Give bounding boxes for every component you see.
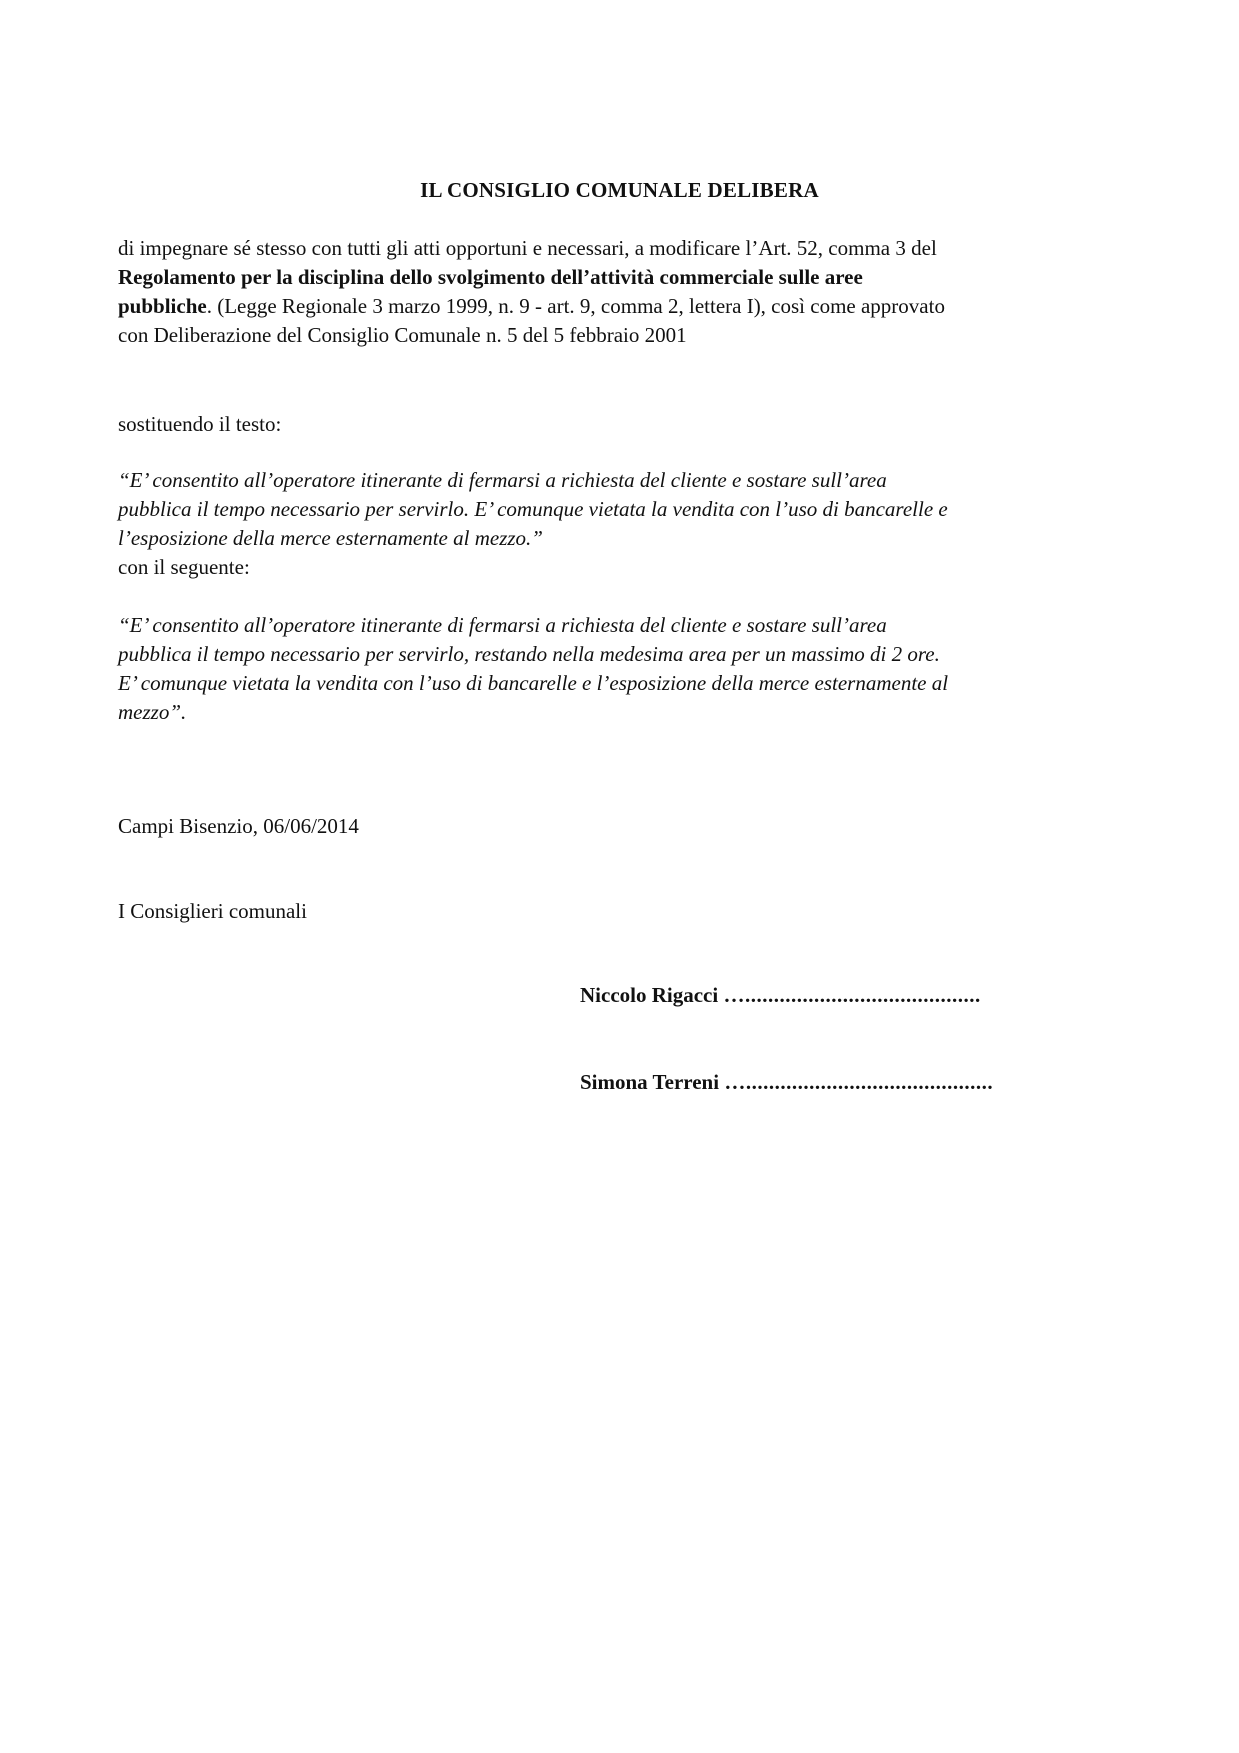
new-text-quote: “E’ consentito all’operatore itinerante … (118, 611, 1128, 727)
intro-paragraph: di impegnare sé stesso con tutti gli att… (118, 234, 1128, 350)
with-label: con il seguente: (118, 553, 1128, 582)
replace-label: sostituendo il testo: (118, 410, 1128, 439)
intro-line: pubbliche. (Legge Regionale 3 marzo 1999… (118, 292, 1128, 321)
quote-line: pubblica il tempo necessario per servirl… (118, 640, 1128, 669)
document-title: IL CONSIGLIO COMUNALE DELIBERA (0, 178, 1239, 203)
place-date: Campi Bisenzio, 06/06/2014 (118, 812, 1128, 841)
deliberation-reference: con Deliberazione del Consiglio Comunale… (118, 321, 1128, 350)
signature-line: Niccolo Rigacci ….......................… (580, 983, 981, 1008)
regulation-title: Regolamento per la disciplina dello svol… (118, 263, 1128, 292)
quote-line: pubblica il tempo necessario per servirl… (118, 495, 1128, 524)
signature-line: Simona Terreni …........................… (580, 1070, 993, 1095)
signature-dots: ….......................................… (724, 1070, 993, 1094)
signatories-label: I Consiglieri comunali (118, 897, 1128, 926)
quote-line: mezzo”. (118, 698, 1128, 727)
signatory-name: Simona Terreni (580, 1070, 719, 1094)
old-text-quote: “E’ consentito all’operatore itinerante … (118, 466, 1128, 553)
signature-dots: ….......................................… (723, 983, 980, 1007)
signatory-name: Niccolo Rigacci (580, 983, 718, 1007)
document-page: IL CONSIGLIO COMUNALE DELIBERA di impegn… (0, 0, 1239, 1753)
quote-line: l’esposizione della merce esternamente a… (118, 524, 1128, 553)
quote-line: E’ comunque vietata la vendita con l’uso… (118, 669, 1128, 698)
law-reference: . (Legge Regionale 3 marzo 1999, n. 9 - … (207, 294, 945, 318)
intro-line: di impegnare sé stesso con tutti gli att… (118, 234, 1128, 263)
quote-line: “E’ consentito all’operatore itinerante … (118, 466, 1128, 495)
regulation-title-end: pubbliche (118, 294, 207, 318)
quote-line: “E’ consentito all’operatore itinerante … (118, 611, 1128, 640)
